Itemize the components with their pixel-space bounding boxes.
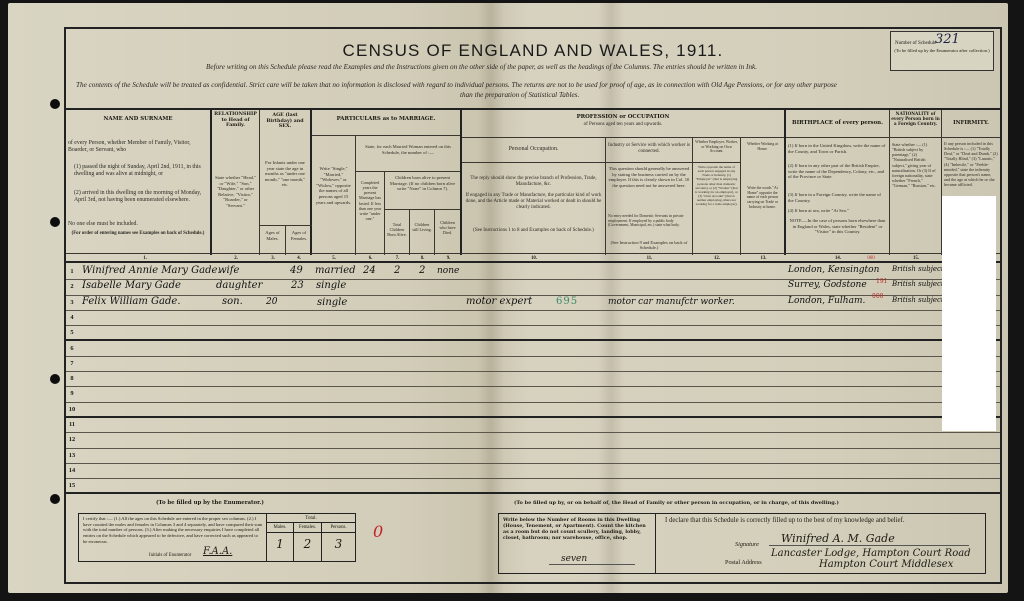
header-total-born: Total Children Born Alive. <box>385 210 410 255</box>
header-age-females-text: Ages of Females. <box>288 230 310 241</box>
page-title: CENSUS OF ENGLAND AND WALES, 1911. <box>66 41 1000 61</box>
table-row: 6 <box>66 342 1000 357</box>
header-relationship-caption: RELATIONSHIP to Head of Family. <box>212 112 259 129</box>
enumerator-caption: (To be filled up by the Enumerator.) <box>156 500 264 506</box>
header-total-born-text: Total Children Born Alive. <box>387 222 407 237</box>
column-number: 4. <box>286 254 312 264</box>
header-age-females: Ages of Females. <box>286 225 312 255</box>
column-number: 6. <box>356 254 385 264</box>
header-still-living-text: Children still Living. <box>412 222 432 232</box>
rooms-instruction: Write below the Number of Rooms in this … <box>503 517 651 541</box>
rooms-section: Write below the Number of Rooms in this … <box>499 514 656 573</box>
header-name-text: No one else must be included. <box>68 221 208 228</box>
person-name: Felix William Gade. <box>82 296 181 307</box>
header-birthplace-caption: BIRTHPLACE of every person. <box>786 120 889 126</box>
totals-females: Females. 2 <box>294 523 322 561</box>
header-years-married: Completed years the present Marriage has… <box>356 172 385 255</box>
header-home-caption: Whether Working at Home. <box>743 142 782 151</box>
totals-females-value: 2 <box>294 537 321 551</box>
person-condition: single <box>317 297 347 308</box>
declaration-text: I declare that this Schedule is correctl… <box>665 517 905 524</box>
table-row: 15 <box>66 479 1000 494</box>
row-number: 14 <box>66 467 78 474</box>
table-row: 1 Winifred Annie Mary Gade. wife 49 marr… <box>66 265 1000 280</box>
header-infirmity-text: If any person included in this Schedule … <box>944 141 998 187</box>
person-industry: motor car manufctr worker. <box>608 297 735 307</box>
confidential-notice: The contents of the Schedule will be tre… <box>76 81 837 89</box>
punch-hole <box>50 217 60 227</box>
header-employer-caption: Whether Employer, Worker, or Working on … <box>695 140 738 154</box>
postal-address-label: Postal Address <box>725 559 762 566</box>
postal-address-line2: Hampton Court Middlesex <box>819 559 953 570</box>
header-nationality-caption: NATIONALITY of every Person born in a Fo… <box>890 112 941 126</box>
header-age-males: Ages of Males. <box>260 225 286 255</box>
header-industry: Industry or Service with which worker is… <box>606 137 693 255</box>
header-age-caption: AGE (last Birthday) and SEX. <box>260 113 310 130</box>
children-died: none <box>437 266 459 276</box>
column-number: 10. <box>462 254 606 264</box>
person-condition: single <box>316 280 346 291</box>
row-number: 8 <box>66 375 78 382</box>
totals-males: Males. 1 <box>267 523 294 561</box>
header-home: Whether Working at Home. Write the words… <box>741 137 784 255</box>
header-birthplace-text: (1) If born in the United Kingdom, write… <box>788 143 887 154</box>
header-married-woman: State, for each Married Woman entered on… <box>356 135 460 172</box>
person-name: Isabelle Mary Gade <box>82 280 181 291</box>
table-row: 5 <box>66 326 1000 341</box>
header-home-text: Write the words "At Home" opposite the n… <box>743 186 782 209</box>
table-row: 12 <box>66 433 1000 448</box>
header-occupation-caption: PROFESSION or OCCUPATION <box>462 114 784 120</box>
schedule-number-note: (To be filled up by the Enumerator after… <box>893 48 991 54</box>
row-number: 5 <box>66 329 78 336</box>
birthplace-code: 000 <box>872 293 883 300</box>
header-birthplace-note: NOTE.—In the case of persons born elsewh… <box>788 218 887 235</box>
header-personal-text: (See Instructions 1 to 8 and Examples on… <box>464 228 603 234</box>
header-occupation: PROFESSION or OCCUPATION of Persons aged… <box>462 110 786 255</box>
person-age-female: 49 <box>290 265 303 276</box>
person-birthplace: London, Fulham. <box>788 296 865 306</box>
occupation-code: 695 <box>556 296 578 307</box>
header-personal-caption: Personal Occupation. <box>464 146 603 153</box>
column-number: 2. <box>212 254 260 264</box>
person-birthplace: Surrey, Godstone <box>788 280 867 290</box>
person-condition: married <box>315 265 356 276</box>
header-industry-caption: Industry or Service with which worker is… <box>608 143 690 155</box>
table-row: 4 <box>66 311 1000 326</box>
punch-hole <box>50 494 60 504</box>
column-number: 3. <box>260 254 286 264</box>
totals-persons-label: Persons. <box>322 523 355 533</box>
header-personal-occupation: Personal Occupation. The reply should sh… <box>462 137 606 255</box>
table-row: 8 <box>66 372 1000 387</box>
header-age-males-text: Ages of Males. <box>262 230 283 241</box>
instruction-line: Before writing on this Schedule please r… <box>206 63 757 71</box>
header-employer: Whether Employer, Worker, or Working on … <box>693 137 741 255</box>
punch-hole <box>50 99 60 109</box>
header-birthplace-text: (2) If born in any other part of the Bri… <box>788 163 887 180</box>
children-living: 2 <box>419 265 425 276</box>
column-number: 9. <box>435 254 462 264</box>
table-row: 9 <box>66 387 1000 402</box>
postal-address-line1: Lancaster Lodge, Hampton Court Road <box>771 548 971 559</box>
header-married-woman-text: State, for each Married Woman entered on… <box>358 144 458 155</box>
red-check-mark: 0 <box>373 522 383 541</box>
header-marriage-condition: Write "Single," "Married," "Widower," or… <box>312 135 356 255</box>
header-industry-text: This question should generally be answer… <box>608 166 690 188</box>
enumerator-box: I certify that :— (1.) All the ages on t… <box>78 513 356 562</box>
row-number: 1 <box>66 268 78 275</box>
header-personal-text: If engaged in any Trade or Manufacture, … <box>464 193 603 211</box>
schedule-number-label: Number of Schedule <box>895 41 936 46</box>
header-name-caption: NAME AND SURNAME <box>66 116 210 122</box>
totals-table: Total. Males. 1 Females. 2 Persons. 3 <box>266 514 355 561</box>
redaction-block <box>942 196 996 431</box>
head-of-family-box: Write below the Number of Rooms in this … <box>498 513 986 574</box>
header-condition-text: Write "Single," "Married," "Widower," or… <box>314 166 353 205</box>
row-number: 13 <box>66 452 78 459</box>
header-employer-text: Write opposite the name of each person e… <box>695 165 738 206</box>
header-industry-text: No entry needed for Domestic Servants in… <box>608 214 690 228</box>
column-number: 13. <box>741 254 786 264</box>
header-personal-text: The reply should show the precise branch… <box>464 176 603 188</box>
person-relationship: son. <box>222 296 243 307</box>
header-name: NAME AND SURNAME of every Person, whethe… <box>66 110 212 255</box>
header-children: Children born alive to present Marriage.… <box>385 172 460 210</box>
birthplace-code-stamp: 060 <box>856 254 886 264</box>
header-birthplace-text: (3) If born in a Foreign Country, write … <box>788 192 887 203</box>
column-headers: NAME AND SURNAME of every Person, whethe… <box>66 108 1000 110</box>
table-row: 2 Isabelle Mary Gade daughter 23 single … <box>66 280 1000 295</box>
table-row: 3 Felix William Gade. son. 20 single mot… <box>66 296 1000 311</box>
row-number: 7 <box>66 360 78 367</box>
totals-persons-value: 3 <box>322 537 355 551</box>
enumerator-initials-label: Initials of Enumerator <box>149 553 191 558</box>
column-number-row: 1. 2. 3. 4. 5. 6. 7. 8. 9. 10. 11. 12. 1… <box>66 253 1000 263</box>
header-years-text: Completed years the present Marriage has… <box>358 180 382 221</box>
header-still-living: Children still Living. <box>410 210 435 255</box>
column-number: 8. <box>410 254 435 264</box>
row-number: 10 <box>66 406 78 413</box>
signature-value: Winifred A. M. Gade <box>769 532 969 546</box>
person-nationality: British subject <box>892 265 944 273</box>
person-occupation: motor expert <box>466 296 532 307</box>
person-age-male: 20 <box>266 297 277 307</box>
table-row: 14 <box>66 464 1000 479</box>
header-name-text: (2) arrived in this dwelling on the morn… <box>74 190 208 204</box>
person-nationality: British subject <box>892 280 944 288</box>
schedule-footer: (To be filled up by the Enumerator.) I c… <box>66 495 1000 582</box>
person-age-female: 23 <box>291 280 304 291</box>
header-age-text: For Infants under one year state the age… <box>262 160 308 188</box>
head-of-family-caption: (To be filled up by, or on behalf of, th… <box>514 500 839 506</box>
column-number: 12. <box>693 254 741 264</box>
header-marriage: PARTICULARS as to MARRIAGE. Write "Singl… <box>312 110 462 255</box>
header-age: AGE (last Birthday) and SEX. For Infants… <box>260 110 312 255</box>
schedule-number-box: Number of Schedule 321 (To be filled up … <box>890 31 994 71</box>
column-number: 5. <box>312 254 356 264</box>
enumerator-certification: I certify that :— (1.) All the ages on t… <box>83 516 263 545</box>
row-number: 12 <box>66 436 78 443</box>
header-name-text: (For order of entering names see Example… <box>68 231 208 237</box>
row-number: 2 <box>66 283 78 290</box>
table-row: 13 <box>66 449 1000 464</box>
totals-males-value: 1 <box>267 537 293 551</box>
header-nationality-text: State whether :— (1) "British subject by… <box>892 142 939 188</box>
signature-label: Signature <box>735 541 759 548</box>
enumerator-initials: F.A.A. <box>203 546 232 557</box>
table-row: 11 <box>66 418 1000 433</box>
person-relationship: daughter <box>216 280 262 291</box>
header-infirmity-caption: INFIRMITY. <box>942 120 1000 126</box>
totals-persons: Persons. 3 <box>322 523 355 561</box>
person-birthplace: London, Kensington <box>788 265 879 275</box>
person-nationality: British subject <box>892 296 944 304</box>
header-marriage-caption: PARTICULARS as to MARRIAGE. <box>312 116 460 122</box>
row-number: 11 <box>66 421 78 428</box>
column-number: 11. <box>606 254 693 264</box>
row-number: 15 <box>66 482 78 489</box>
person-relationship: wife <box>218 265 239 276</box>
header-birthplace-text: (4) If born at sea, write "At Sea." <box>788 208 887 214</box>
column-number: 15. <box>890 254 942 264</box>
table-row: 10 <box>66 403 1000 418</box>
census-schedule-page: CENSUS OF ENGLAND AND WALES, 1911. Befor… <box>8 3 1008 593</box>
header-died-text: Children who have Died. <box>437 220 458 235</box>
birthplace-code: 191 <box>876 278 887 285</box>
rooms-count: seven <box>549 554 635 565</box>
row-number: 4 <box>66 314 78 321</box>
person-name: Winifred Annie Mary Gade. <box>82 265 221 276</box>
confidential-notice-cont: than the preparation of Statistical Tabl… <box>460 91 579 99</box>
header-relationship-text: State whether "Head," or "Wife," "Son," … <box>214 175 257 209</box>
column-number: 7. <box>385 254 410 264</box>
header-birthplace: BIRTHPLACE of every person. (1) If born … <box>786 110 890 255</box>
header-children-text: Children born alive to present Marriage.… <box>387 175 458 192</box>
totals-males-label: Males. <box>267 523 293 533</box>
header-nationality: NATIONALITY of every Person born in a Fo… <box>890 110 942 255</box>
header-industry-text: (See Instruction 9 and Examples on back … <box>608 240 690 251</box>
row-number: 6 <box>66 345 78 352</box>
row-number: 3 <box>66 299 78 306</box>
column-number: 1. <box>78 254 212 264</box>
totals-heading: Total. <box>267 514 355 523</box>
schedule-number: 321 <box>935 32 960 47</box>
header-relationship: RELATIONSHIP to Head of Family. State wh… <box>212 110 260 255</box>
table-row: 7 <box>66 357 1000 372</box>
totals-females-label: Females. <box>294 523 321 533</box>
header-occupation-subcaption: of Persons aged ten years and upwards. <box>464 122 782 128</box>
row-number: 9 <box>66 390 78 397</box>
header-name-text: (1) passed the night of Sunday, April 2n… <box>74 164 208 178</box>
years-married: 24 <box>363 265 376 276</box>
punch-hole <box>50 374 60 384</box>
schedule-frame: CENSUS OF ENGLAND AND WALES, 1911. Befor… <box>64 27 1002 584</box>
header-name-text: of every Person, whether Member of Famil… <box>68 140 208 154</box>
children-born: 2 <box>394 265 400 276</box>
header-died: Children who have Died. <box>435 210 460 255</box>
